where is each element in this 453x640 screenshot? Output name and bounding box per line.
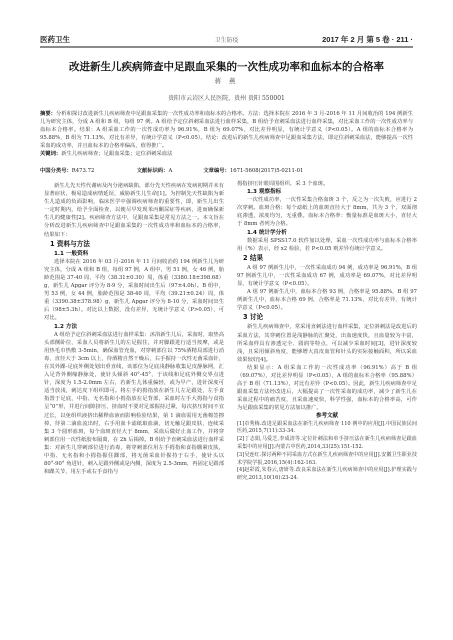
- article-title: 改进新生儿疾病筛查中足跟血采集的一次性成功率和血标本的合格率: [40, 59, 413, 74]
- doc-code-label: 文献标识码：: [137, 168, 169, 174]
- section-1-heading: 1 资料与方法: [50, 240, 224, 249]
- section-3-text-2: 结果显示：A 组采血工作的一次性成功率（96.91%）高于 B 组（69.07%…: [237, 364, 417, 413]
- reference-item: [3]吴连红.探讨两种不同采血方式在新生儿疾病筛查中的应用[J].安徽卫生职业技…: [237, 452, 417, 468]
- section-3-text-1: 新生儿疾病筛查中，常采用直刺法进行血样采集，定位斜刺法是改进后的采血方法，其穿刺…: [237, 323, 417, 363]
- keywords-text: 新生儿疾病筛查；足跟血采集；定位斜刺采血法: [61, 151, 172, 157]
- article-author: 蒋 燕: [40, 76, 413, 85]
- doc-code-value: A: [168, 168, 172, 174]
- intro-paragraph: 新生儿先天性代谢病及内分泌病缺陷，部分先天性疾病在发病初期并未有显著症状，极易造…: [44, 182, 224, 239]
- abstract-text: 分析和探讨改进新生儿疾病筛查中足跟血采集的一次性成功率和血标本的合格率。方法：选…: [40, 111, 413, 149]
- reference-item: [4]赵彩霞,朱春云,唐妍等.改良采血法在新生儿疾病筛查中的应用[J].护理实践…: [237, 467, 417, 483]
- clc-label: 中国分类号：: [40, 168, 72, 174]
- continued-text: 拇指挤压针眼周围组织，采 3 个血斑。: [237, 180, 417, 188]
- clc-value: R473.72: [72, 168, 95, 174]
- section-1-2-text: A 组给予定位斜刺采血法进行血样采集：沐浴新生儿后，采血时，取垫高头部侧卧位，采…: [44, 331, 224, 477]
- classification-row: 中国分类号：R473.72 文献标识码：A 文章编号：1671-5608(201…: [40, 166, 413, 174]
- section-1-1-heading: 1.1 一般资料: [54, 250, 224, 258]
- section-1-1-text: 选择本院在 2016 年 03 月-2016 年 11 月间收治的 194 例新…: [44, 258, 224, 323]
- section-1-2-heading: 1.2 方法: [54, 323, 224, 331]
- abstract: 摘要：分析和探讨改进新生儿疾病筛查中足跟血采集的一次性成功率和血标本的合格率。方…: [40, 110, 413, 158]
- keywords-label: 关键词：: [40, 151, 61, 157]
- references-heading: 参考文献: [237, 412, 417, 420]
- right-column: 拇指挤压针眼周围组织，采 3 个血斑。 1.3 观察指标 一次性成功率，一次性采…: [237, 180, 417, 483]
- article-no-value: 1671-5608(2017)5-0211-01: [230, 168, 304, 174]
- section-2-text-2: A 组 97 例新生儿中，血标本合格 93 例，合格率是 95.88%，B 组 …: [237, 288, 417, 312]
- section-2-heading: 2 结果: [243, 254, 417, 263]
- section-1-3-heading: 1.3 观察指标: [247, 188, 417, 196]
- page-header: 医药卫生 卫生防疫 2017 年 2 月 第 5 卷 · 211 ·: [40, 34, 413, 48]
- section-1-4-heading: 1.4 统计学分析: [247, 229, 417, 237]
- section-3-heading: 3 讨论: [243, 313, 417, 322]
- section-2-text-1: A 组 97 例新生儿中，一次性采血成功 94 例，成功率是 96.91%，B …: [237, 264, 417, 288]
- section-1-4-text: 数据采用 SPSS17.0 软件加以处理，采血一次性成功率与血标本合格率用（%）…: [237, 237, 417, 253]
- issue-info: 2017 年 2 月 第 5 卷 · 211 ·: [322, 34, 413, 45]
- section-1-3-text: 一次性成功率，一次性采集合格血斑 3 个，反之为一次失败，应进行 2 次穿刺。血…: [237, 196, 417, 228]
- reference-item: [2]丁志娟,马爱芝,李成清等.定位针刺法和单手挤压法在新生儿疾病筛查足跟血采集…: [237, 436, 417, 452]
- abstract-label: 摘要：: [40, 111, 56, 117]
- reference-item: [1]卓秀梅.改进足跟采血法在新生儿疾病筛查 110 例中的应用[J].中国民族…: [237, 421, 417, 437]
- article-no-label: 文章编号：: [203, 168, 230, 174]
- author-affiliation: 贵阳市云岩区人民医院，贵州 贵阳 550001: [40, 93, 413, 102]
- left-column: 新生儿先天性代谢病及内分泌病缺陷，部分先天性疾病在发病初期并未有显著症状，极易造…: [44, 182, 224, 476]
